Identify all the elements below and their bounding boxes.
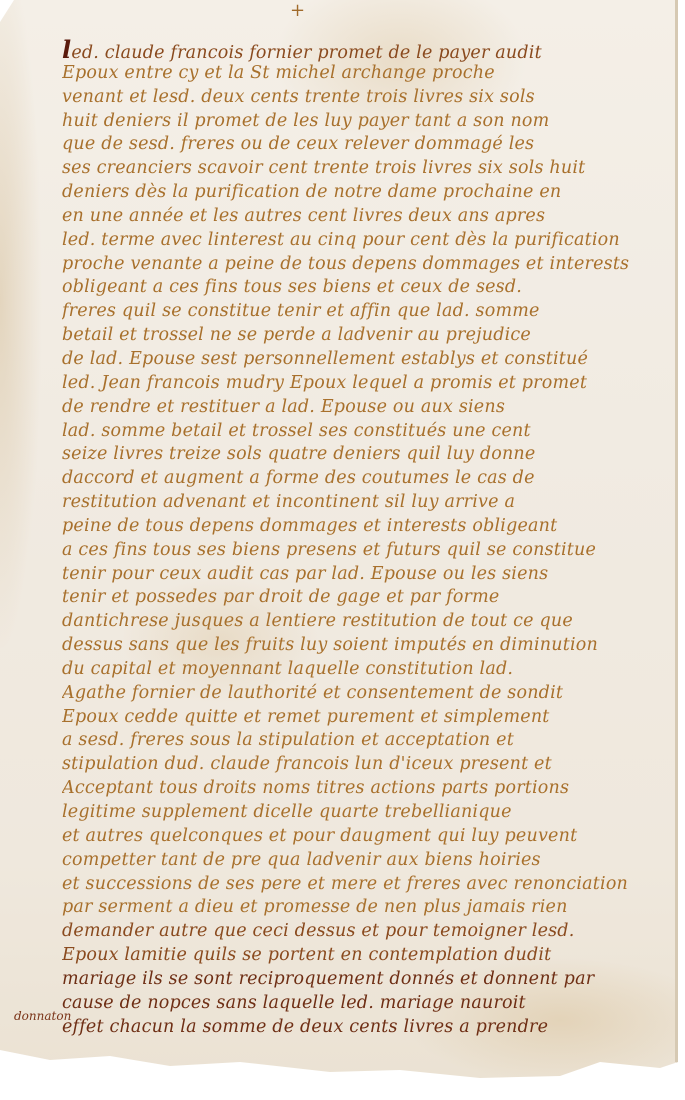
margin-note: donnaton: [14, 1009, 71, 1023]
page-edge: [675, 0, 678, 1062]
text-line: lad. somme betail et trossel ses constit…: [62, 420, 672, 444]
text-line: en une année et les autres cent livres d…: [62, 205, 672, 229]
text-line: ses creanciers scavoir cent trente trois…: [62, 157, 672, 181]
text-line: a ces fins tous ses biens presens et fut…: [62, 539, 672, 563]
text-line: que de sesd. freres ou de ceux relever d…: [62, 133, 672, 157]
text-line: betail et trossel ne se perde a ladvenir…: [62, 324, 672, 348]
text-line: led. Jean francois mudry Epoux lequel a …: [62, 372, 672, 396]
text-line: effet chacun la somme de deux cents livr…: [62, 1016, 672, 1040]
text-line: Epoux lamitie quils se portent en contem…: [62, 944, 672, 968]
text-line: Agathe fornier de lauthorité et consente…: [62, 682, 672, 706]
text-line: peine de tous depens dommages et interes…: [62, 515, 672, 539]
text-line: proche venante a peine de tous depens do…: [62, 253, 672, 277]
text-line: mariage ils se sont reciproquement donné…: [62, 968, 672, 992]
text-line: et successions de ses pere et mere et fr…: [62, 873, 672, 897]
text-line: venant et lesd. deux cents trente trois …: [62, 86, 672, 110]
text-line: par serment a dieu et promesse de nen pl…: [62, 896, 672, 920]
text-line: a sesd. freres sous la stipulation et ac…: [62, 729, 672, 753]
page-marker: +: [290, 0, 305, 21]
text-line: restitution advenant et incontinent sil …: [62, 491, 672, 515]
text-line: dantichrese jusques a lentiere restituti…: [62, 610, 672, 634]
text-line: Epoux cedde quitte et remet purement et …: [62, 706, 672, 730]
text-line: dessus sans que les fruits luy soient im…: [62, 634, 672, 658]
text-line: stipulation dud. claude francois lun d'i…: [62, 753, 672, 777]
text-line: huit deniers il promet de les luy payer …: [62, 110, 672, 134]
text-line: cause de nopces sans laquelle led. maria…: [62, 992, 672, 1016]
text-line: competter tant de pre qua ladvenir aux b…: [62, 849, 672, 873]
text-line: de lad. Epouse sest personnellement esta…: [62, 348, 672, 372]
text-line: legitime supplement dicelle quarte trebe…: [62, 801, 672, 825]
text-line: led. terme avec linterest au cinq pour c…: [62, 229, 672, 253]
text-line: obligeant a ces fins tous ses biens et c…: [62, 276, 672, 300]
text-line: led. claude francois fornier promet de l…: [62, 38, 672, 62]
text-line: tenir et possedes par droit de gage et p…: [62, 586, 672, 610]
text-line: demander autre que ceci dessus et pour t…: [62, 920, 672, 944]
text-line: de rendre et restituer a lad. Epouse ou …: [62, 396, 672, 420]
text-line: deniers dès la purification de notre dam…: [62, 181, 672, 205]
text-line: freres quil se constitue tenir et affin …: [62, 300, 672, 324]
manuscript-text: led. claude francois fornier promet de l…: [62, 38, 672, 1039]
text-line: Acceptant tous droits noms titres action…: [62, 777, 672, 801]
text-line: et autres quelconques et pour daugment q…: [62, 825, 672, 849]
text-line: Epoux entre cy et la St michel archange …: [62, 62, 672, 86]
text-line: du capital et moyennant laquelle constit…: [62, 658, 672, 682]
text-line: seize livres treize sols quatre deniers …: [62, 443, 672, 467]
text-line: daccord et augment a forme des coutumes …: [62, 467, 672, 491]
text-line: tenir pour ceux audit cas par lad. Epous…: [62, 563, 672, 587]
